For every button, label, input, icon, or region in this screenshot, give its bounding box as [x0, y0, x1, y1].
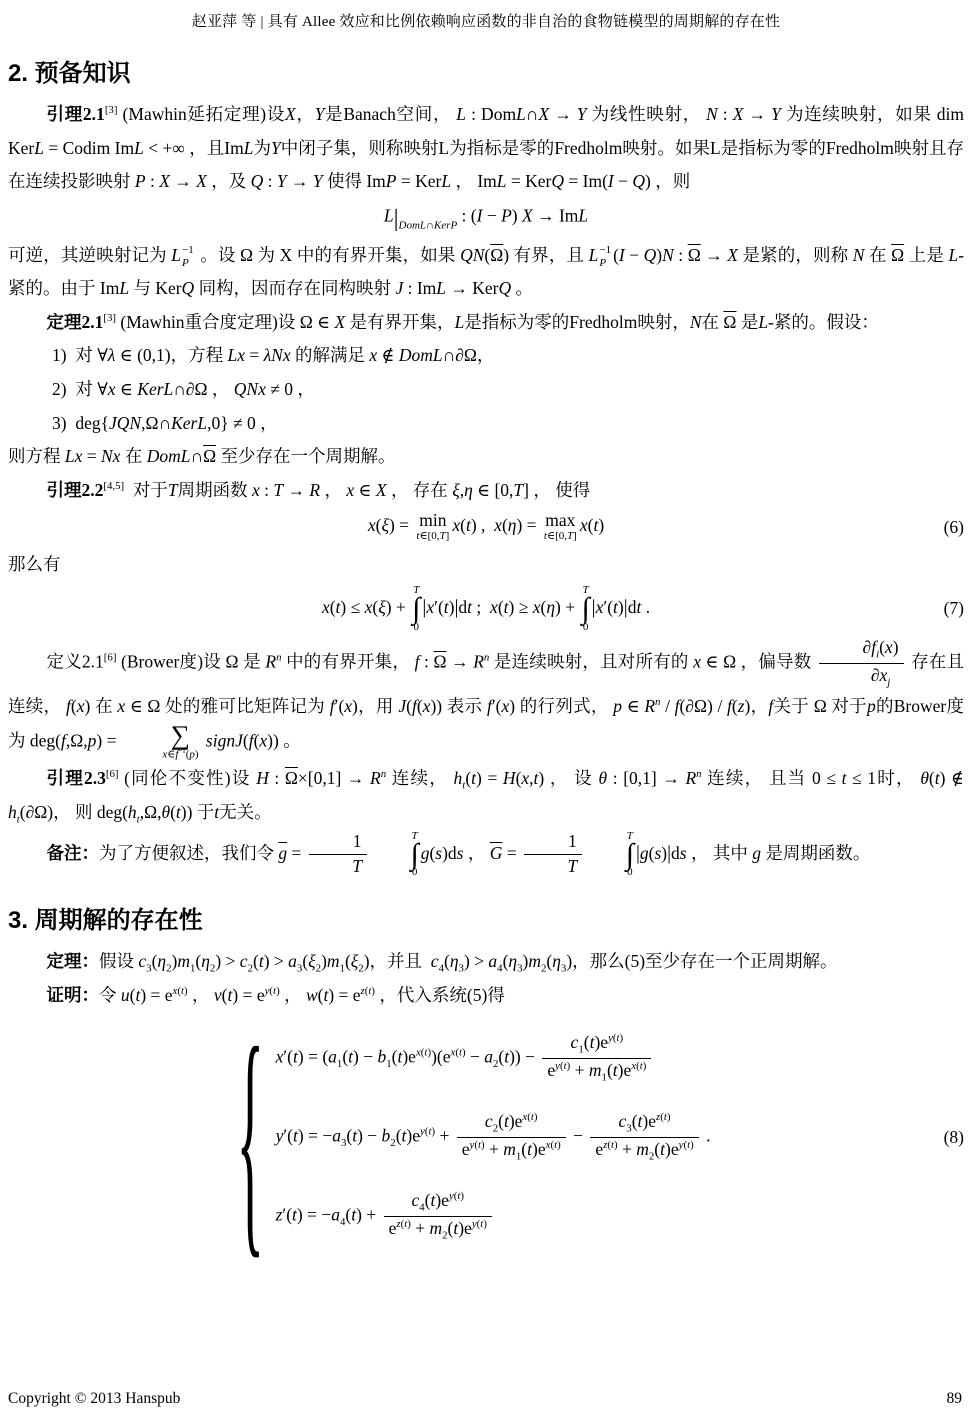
equation-6-body: x(ξ) = mint∈[0,T]x(t) , x(η) = maxt∈[0,T…: [48, 511, 924, 543]
system-equations: x′(t) = (a1(t) − b1(t)ex(t))(ex(t) − a2(…: [276, 1019, 711, 1256]
condition-item-1: 1) 对 ∀λ ∈ (0,1)，方程 Lx = λNx 的解满足 x ∉ Dom…: [8, 339, 964, 373]
system-equation-x: x′(t) = (a1(t) − b1(t)ex(t))(ex(t) − a2(…: [276, 1032, 711, 1085]
equation-7-body: x(t) ≤ x(ξ) + T∫0|x′(t)|dt ; x(t) ≥ x(η)…: [48, 585, 924, 633]
theorem-2-1-conclusion: 则方程 Lx = Nx 在 DomL∩Ω 至少存在一个周期解。: [8, 440, 964, 474]
lemma-2-2-paragraph: 引理2.2[4,5] 对于T周期函数 x : T → R ， x ∈ X ， 存…: [8, 474, 964, 508]
lemma-2-1-paragraph: 引理2.1[3] (Mawhin延拓定理)设X，Y是Banach空间， L : …: [8, 98, 964, 199]
lemma-2-3-paragraph: 引理2.3[6] (同伦不变性)设 H : Ω×[0,1] → Rn 连续， h…: [8, 762, 964, 831]
remark-paragraph: 备注：为了方便叙述，我们令 g = 1TT∫0g(s)ds ， G = 1TT∫…: [8, 831, 964, 879]
section-3-heading: 3. 周期解的存在性: [8, 900, 964, 935]
invertible-paragraph: 可逆，其逆映射记为 L−1P 。设 Ω 为 X 中的有界开集，如果 QN(Ω) …: [8, 239, 964, 306]
proof-paragraph: 证明：令 u(t) = ex(t) ， v(t) = ey(t) ， w(t) …: [8, 979, 964, 1013]
equation-system-box: { x′(t) = (a1(t) − b1(t)ex(t))(ex(t) − a…: [233, 1019, 710, 1256]
copyright-text: Copyright © 2013 Hanspub: [8, 1390, 180, 1408]
system-equation-y: y′(t) = −a3(t) − b2(t)ey(t) + c2(t)ex(t)…: [276, 1111, 711, 1164]
then-we-have: 那么有: [8, 548, 964, 582]
system-equation-z: z′(t) = −a4(t) + c4(t)ey(t)ez(t) + m2(t)…: [276, 1190, 711, 1243]
page-footer: Copyright © 2013 Hanspub 89: [8, 1390, 962, 1408]
equation-number-7: (7): [924, 597, 964, 620]
condition-item-2: 2) 对 ∀x ∈ KerL∩∂Ω ， QNx ≠ 0 ，: [8, 373, 964, 407]
system-left-brace: {: [236, 1010, 264, 1266]
condition-item-3: 3) deg{JQN,Ω∩KerL,0} ≠ 0 ，: [8, 407, 964, 441]
equation-L-body: L|DomL∩KerP : (I − P) X → ImL: [48, 203, 924, 235]
display-equation-8: { x′(t) = (a1(t) − b1(t)ex(t))(ex(t) − a…: [8, 1019, 964, 1256]
definition-2-1-paragraph: 定义2.1[6] (Brower度)设 Ω 是 Rn 中的有界开集， f : Ω…: [8, 637, 964, 762]
page-number: 89: [947, 1390, 963, 1408]
theorem-2-1-paragraph: 定理2.1[3] (Mawhin重合度定理)设 Ω ∈ X 是有界开集，L是指标…: [8, 306, 964, 340]
section-2-heading: 2. 预备知识: [8, 53, 964, 88]
equation-number-8: (8): [924, 1126, 964, 1149]
display-equation-L: L|DomL∩KerP : (I − P) X → ImL: [8, 203, 964, 235]
equation-number-6: (6): [924, 516, 964, 539]
main-theorem-paragraph: 定理：假设 c3(η2)m1(η2) > c2(t) > a3(ξ2)m1(ξ2…: [8, 945, 964, 979]
running-head: 赵亚萍 等 | 具有 Allee 效应和比例依赖响应函数的非自治的食物链模型的周…: [8, 8, 964, 31]
display-equation-6: x(ξ) = mint∈[0,T]x(t) , x(η) = maxt∈[0,T…: [8, 511, 964, 543]
paper-page: 赵亚萍 等 | 具有 Allee 效应和比例依赖响应函数的非自治的食物链模型的周…: [0, 0, 970, 1414]
display-equation-7: x(t) ≤ x(ξ) + T∫0|x′(t)|dt ; x(t) ≥ x(η)…: [8, 585, 964, 633]
